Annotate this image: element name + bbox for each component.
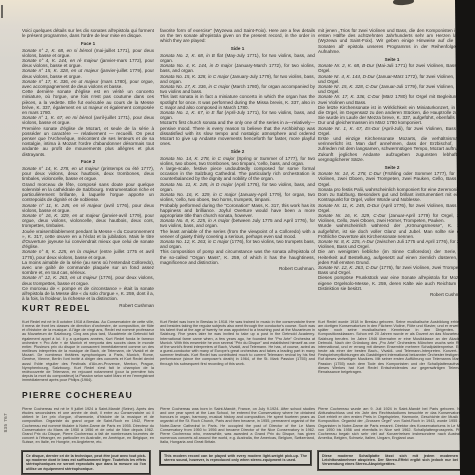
sonata-item: Sonate n° 16, K. 329, en ut majeur (janv… [22, 213, 154, 229]
sonata-item: Sonate Nr. 12, K. 263, C-Dur (1776), für… [318, 265, 466, 275]
sonata-notes-french: Voici quelques détails sur les dix sonat… [22, 28, 154, 308]
sonata-item: Sonate Nr. 2, K. 68, B-Dur (Mai-Juli 177… [318, 63, 466, 73]
sonata-item: Sonata No. 15, K. 328, in C major (Janua… [160, 74, 315, 84]
sonata-item: Sonata No. 1, K. 67, in E flat (April-Ju… [160, 110, 315, 120]
side-one-items: Sonate Nr. 2, K. 68, B-Dur (Mai-Juli 177… [318, 63, 466, 162]
intro-paragraph: mit jenen „Trios für zwei Violinen und B… [318, 28, 466, 54]
artist-heading-pierre-cochereau: PIERRE COCHEREAU [22, 390, 133, 400]
sonata-item: Sonate n° 17, K. 336, en ut majeur (mars… [22, 79, 154, 89]
commentary-paragraph: Ce morceau de « pompe et de circonstance… [22, 286, 154, 302]
side-two-items: Sonata No. 14, K. 278, in C major (Sprin… [160, 156, 315, 265]
commentary-paragraph: Probably performed during the "Coronatio… [160, 203, 315, 219]
sonata-item: Sonate n° 12, K. 263, en ut majeur (1776… [22, 275, 154, 285]
side-one-label: Face 1 [22, 41, 154, 46]
pierre-cochereau-bio: Pierre Cochereau wurde am 9. Juli 1924 i… [318, 407, 466, 440]
sonata-item: Sonate Nr. 8, K. 225, A-Dur (zwischen Ju… [318, 239, 466, 249]
album-back-cover: Voici quelques détails sur les dix sonat… [0, 0, 475, 475]
commentary-paragraph: This composition of pomp and circumstanc… [160, 249, 315, 265]
sonata-item: Sonata No. 16, K. 329, in C major (Janua… [160, 192, 315, 202]
commentary-paragraph: Grand morceau de fête, composé sans dout… [22, 182, 154, 203]
author-signature: Robert Cushman. [318, 292, 466, 297]
liner-notes-column-german: mit jenen „Trios für zwei Violinen und B… [318, 0, 466, 475]
sonata-item: Sonate n° 15, K. 328, en ut majeur (janv… [22, 68, 154, 78]
commentary-paragraph: Cette dernière sonate d'église est en vé… [22, 89, 154, 115]
sonata-item: Sonate Nr. 11, K. 245, D-Dur (April 1776… [318, 203, 466, 213]
intro-paragraph: favorite form of exercise" (Wyzewa and S… [160, 28, 315, 44]
sonata-item: Sonate Nr. 15, K. 328, C-Dur (Januar-Jul… [318, 84, 466, 94]
kurt-redel-bio: Kurt Redel was born in Breslau in 1918. … [160, 320, 315, 366]
stereo-notice-box: Diese moderne Schallplatte lässt sich mi… [318, 451, 462, 470]
side-two-label: Side 2 [160, 149, 315, 154]
sonata-item: Sonate n° 2, K. 68, en si bémol (mai-jui… [22, 48, 154, 58]
commentary-paragraph: Wurde wahrscheinlich während der „Krönun… [318, 223, 466, 239]
sonata-item: Sonate n° 4, K. 144, en ré majeur (janvi… [22, 58, 154, 68]
author-signature: Robert Cushman. [160, 266, 315, 271]
sonata-item: Sonata No. 11, K. 245, in D major (April… [160, 182, 315, 192]
sonata-notes-english: favorite form of exercise" (Wyzewa and S… [160, 28, 315, 272]
stereo-notice-box: This modern record can be played with ev… [160, 451, 311, 465]
intro-paragraph: Voici quelques détails sur les dix sonat… [22, 28, 154, 38]
liner-notes-column-french: Voici quelques détails sur les dix sonat… [22, 0, 154, 475]
sonata-item: Sonate n° 1, K. 67, en mi bémol (avril-j… [22, 115, 154, 125]
stereo-notice-box: Ce disque, dernier cri de la technique, … [22, 451, 150, 474]
sonata-item: Sonate n° 14, K. 278, en ut majeur (prin… [22, 166, 154, 182]
pierre-cochereau-bio: Pierre Cochereau est né le 9 juillet 192… [22, 407, 154, 444]
commentary-paragraph: The least amiable of the series (from th… [160, 229, 315, 239]
side-two-label: Seite 2 [318, 165, 466, 170]
sonata-item: Sonate Nr. 1, K. 67, Es-Dur (April-Juli)… [318, 126, 466, 136]
sonata-item: Sonata No. 17, K. 336, in C major (March… [160, 84, 315, 94]
commentary-paragraph: Jouée vraisemblablement pendant la Messe… [22, 229, 154, 250]
catalog-number: 835 767 [3, 413, 8, 432]
sonata-item: Sonate n° 8, K. 225, en la majeur (entre… [22, 249, 154, 259]
commentary-paragraph: This last sonata is in fact a miniature … [160, 94, 315, 110]
side-one-items: Sonate n° 2, K. 68, en si bémol (mai-jui… [22, 48, 154, 157]
side-one-label: Side 1 [160, 46, 315, 51]
sonata-item: Sonate Nr. 4, K. 144, D-Dur (Januar-März… [318, 74, 466, 84]
side-two-items: Sonate Nr. 14, K. 278, C-Dur (Frühling o… [318, 171, 466, 291]
photo-edge-mark [1, 5, 3, 18]
sonata-item: Sonata No. 4, K. 144, in D major (Januar… [160, 63, 315, 73]
sonata-item: Sonate Nr. 14, K. 278, C-Dur (Frühling o… [318, 171, 466, 187]
commentary-paragraph: Die letzte Kirchensonate ist in Wirklich… [318, 105, 466, 126]
sonata-item: Sonate Nr. 17, K. 336, C-Dur (März 1780)… [318, 94, 466, 104]
kurt-redel-bio: Kurt Redel wurde 1918 in Breslau geboren… [318, 320, 466, 374]
commentary-paragraph: Dieses pompöse Prunkstück war eine Sonat… [318, 275, 466, 291]
sonata-item: Sonata No. 14, K. 278, in C major (Sprin… [160, 156, 315, 166]
liner-notes-column-english: favorite form of exercise" (Wyzewa and S… [160, 0, 315, 475]
commentary-paragraph: La moins aimable de la série (au sens où… [22, 260, 154, 276]
side-one-label: Seite 1 [318, 57, 466, 62]
side-two-items: Sonate n° 14, K. 278, en ut majeur (prin… [22, 166, 154, 301]
artist-heading-kurt-redel: KURT REDEL [22, 303, 91, 313]
commentary-paragraph: Erste und einzige Kirchensonate Mozarts,… [318, 136, 466, 162]
pierre-cochereau-bio: Pierre Cochereau was born in Saint-Mandé… [160, 407, 315, 444]
commentary-paragraph: Die am wenigsten liebliche (im Sinne Col… [318, 249, 466, 265]
sonata-item: Sonata No. 2, K. 68, in B flat (May-July… [160, 53, 315, 63]
side-two-label: Face 2 [22, 159, 154, 164]
side-one-items: Sonata No. 2, K. 68, in B flat (May-July… [160, 53, 315, 147]
sonata-item: Sonata No. 8, K. 225, in A major (betwee… [160, 218, 315, 228]
commentary-paragraph: Sonata pro festis Palii, wahrscheinlich … [318, 187, 466, 203]
commentary-paragraph: A large-scale, festive piece undoubtedly… [160, 166, 315, 182]
sonata-item: Sonate n° 11, K. 245, en ré majeur (avri… [22, 203, 154, 213]
commentary-paragraph: Première sonate d'église de Mozart, et s… [22, 126, 154, 157]
sonata-notes-german: mit jenen „Trios für zwei Violinen und B… [318, 28, 466, 298]
sonata-item: Sonate Nr. 16, K. 329, C-Dur (Januar-Apr… [318, 213, 466, 223]
sonata-item: Sonata No. 12, K. 263, in C major (1776)… [160, 239, 315, 249]
commentary-paragraph: Mozart's first church sonata and the onl… [160, 120, 315, 146]
kurt-redel-bio: Kurt Redel est né le 8 octobre 1918 à Br… [22, 320, 154, 382]
